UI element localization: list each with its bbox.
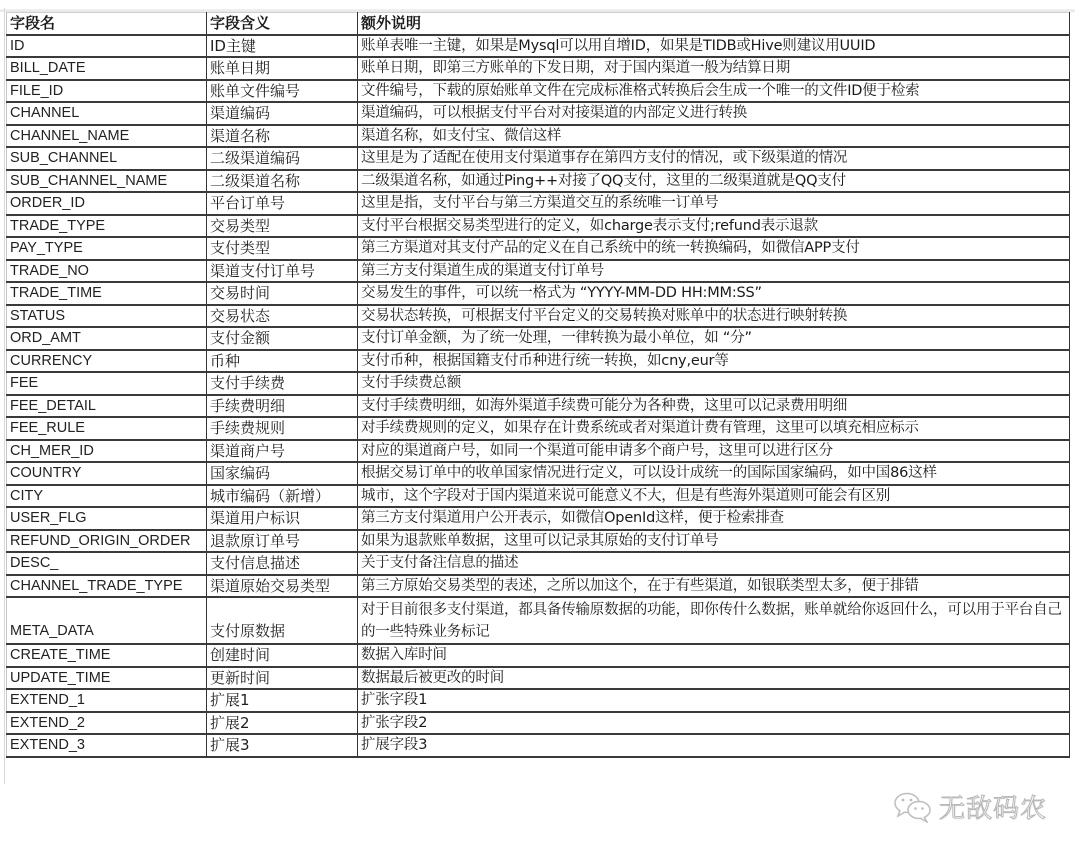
- watermark-text: 无敌码农: [939, 788, 1047, 825]
- field-name-cell[interactable]: CHANNEL_NAME: [7, 125, 207, 148]
- table-row: CURRENCY 币种 支付币种，根据国籍支付币种进行统一转换，如cny,eur…: [7, 350, 1070, 373]
- table-row: BILL_DATE 账单日期 账单日期，即第三方账单的下发日期，对于国内渠道一般…: [7, 57, 1070, 80]
- table-row: FEE_DETAIL 手续费明细 支付手续费明细，如海外渠道手续费可能分为各种费…: [7, 395, 1070, 418]
- field-meaning-cell[interactable]: 支付信息描述: [207, 552, 358, 575]
- field-name-cell[interactable]: STATUS: [7, 305, 207, 328]
- field-note-cell[interactable]: 渠道编码，可以根据支付平台对对接渠道的内部定义进行转换: [358, 102, 1070, 125]
- table-row: FEE 支付手续费 支付手续费总额: [7, 372, 1070, 395]
- table-row: ORDER_ID 平台订单号 这里是指，支付平台与第三方渠道交互的系统唯一订单号: [7, 192, 1070, 215]
- field-note-cell[interactable]: 对应的渠道商户号，如同一个渠道可能申请多个商户号，这里可以进行区分: [358, 440, 1070, 463]
- field-meaning-cell[interactable]: 渠道用户标识: [207, 507, 358, 530]
- field-meaning-cell[interactable]: ID主键: [207, 35, 358, 58]
- field-name-cell[interactable]: FEE_RULE: [7, 417, 207, 440]
- field-meaning-cell[interactable]: 支付手续费: [207, 372, 358, 395]
- field-note-cell[interactable]: 关于支付备注信息的描述: [358, 552, 1070, 575]
- field-meaning-cell[interactable]: 账单日期: [207, 57, 358, 80]
- table-row: CHANNEL 渠道编码 渠道编码，可以根据支付平台对对接渠道的内部定义进行转换: [7, 102, 1070, 125]
- field-meaning-cell[interactable]: 渠道商户号: [207, 440, 358, 463]
- field-name-cell[interactable]: EXTEND_3: [7, 734, 207, 757]
- table-row: DESC_ 支付信息描述 关于支付备注信息的描述: [7, 552, 1070, 575]
- field-note-cell[interactable]: 第三方渠道对其支付产品的定义在自己系统中的统一转换编码，如微信APP支付: [358, 237, 1070, 260]
- table-row: USER_FLG 渠道用户标识 第三方支付渠道用户公开表示，如微信OpenId这…: [7, 507, 1070, 530]
- field-name-cell[interactable]: FEE: [7, 372, 207, 395]
- field-meaning-cell[interactable]: 渠道支付订单号: [207, 260, 358, 283]
- field-meaning-cell[interactable]: 国家编码: [207, 462, 358, 485]
- table-row: META_DATA 支付原数据 对于目前很多支付渠道，都具备传输原数据的功能，即…: [7, 597, 1070, 644]
- table-header-row: 字段名 字段含义 额外说明: [7, 13, 1070, 35]
- field-meaning-cell[interactable]: 手续费明细: [207, 395, 358, 418]
- field-name-cell[interactable]: SUB_CHANNEL_NAME: [7, 170, 207, 193]
- field-note-cell[interactable]: 交易状态转换，可根据支付平台定义的交易转换对账单中的状态进行映射转换: [358, 305, 1070, 328]
- field-meaning-cell[interactable]: 城市编码（新增）: [207, 485, 358, 508]
- table-row: SUB_CHANNEL 二级渠道编码 这里是为了适配在使用支付渠道事存在第四方支…: [7, 147, 1070, 170]
- header-field-name[interactable]: 字段名: [7, 13, 207, 35]
- table-row: EXTEND_1 扩展1 扩张字段1: [7, 689, 1070, 712]
- field-meaning-cell[interactable]: 支付原数据: [207, 597, 358, 644]
- table-row: COUNTRY 国家编码 根据交易订单中的收单国家情况进行定义，可以设计成统一的…: [7, 462, 1070, 485]
- field-meaning-cell[interactable]: 手续费规则: [207, 417, 358, 440]
- field-note-cell[interactable]: 第三方支付渠道生成的渠道支付订单号: [358, 260, 1070, 283]
- field-name-cell[interactable]: TRADE_TYPE: [7, 215, 207, 238]
- field-meaning-cell[interactable]: 平台订单号: [207, 192, 358, 215]
- field-note-cell[interactable]: 支付币种，根据国籍支付币种进行统一转换，如cny,eur等: [358, 350, 1070, 373]
- table-row: CH_MER_ID 渠道商户号 对应的渠道商户号，如同一个渠道可能申请多个商户号…: [7, 440, 1070, 463]
- field-name-cell[interactable]: CHANNEL_TRADE_TYPE: [7, 575, 207, 598]
- table-row: PAY_TYPE 支付类型 第三方渠道对其支付产品的定义在自己系统中的统一转换编…: [7, 237, 1070, 260]
- field-name-cell[interactable]: META_DATA: [7, 597, 207, 644]
- field-name-cell[interactable]: PAY_TYPE: [7, 237, 207, 260]
- table-row: CHANNEL_TRADE_TYPE 渠道原始交易类型 第三方原始交易类型的表述…: [7, 575, 1070, 598]
- field-note-cell[interactable]: 根据交易订单中的收单国家情况进行定义，可以设计成统一的国际国家编码，如中国86这…: [358, 462, 1070, 485]
- field-note-cell[interactable]: 第三方原始交易类型的表述，之所以加这个，在于有些渠道，如银联类型太多，便于排错: [358, 575, 1070, 598]
- table-row: EXTEND_2 扩展2 扩张字段2: [7, 712, 1070, 735]
- field-meaning-cell[interactable]: 支付类型: [207, 237, 358, 260]
- header-extra-note[interactable]: 额外说明: [358, 13, 1070, 35]
- table-row: UPDATE_TIME 更新时间 数据最后被更改的时间: [7, 667, 1070, 690]
- field-note-cell[interactable]: 扩张字段2: [358, 712, 1070, 735]
- table-row: FEE_RULE 手续费规则 对手续费规则的定义，如果存在计费系统或者对渠道计费…: [7, 417, 1070, 440]
- field-name-cell[interactable]: BILL_DATE: [7, 57, 207, 80]
- field-name-cell[interactable]: CH_MER_ID: [7, 440, 207, 463]
- field-meaning-cell[interactable]: 渠道原始交易类型: [207, 575, 358, 598]
- field-note-cell[interactable]: 扩张字段1: [358, 689, 1070, 712]
- table-row: REFUND_ORIGIN_ORDER 退款原订单号 如果为退款账单数据，这里可…: [7, 530, 1070, 553]
- table-row: ID ID主键 账单表唯一主键，如果是Mysql可以用自增ID，如果是TIDB或…: [7, 35, 1070, 58]
- field-name-cell[interactable]: ORDER_ID: [7, 192, 207, 215]
- field-meaning-cell[interactable]: 扩展1: [207, 689, 358, 712]
- field-name-cell[interactable]: CHANNEL: [7, 102, 207, 125]
- field-meaning-cell[interactable]: 交易时间: [207, 282, 358, 305]
- watermark: 无敌码农: [893, 788, 1047, 825]
- field-note-cell[interactable]: 数据入库时间: [358, 644, 1070, 667]
- field-name-cell[interactable]: USER_FLG: [7, 507, 207, 530]
- field-name-cell[interactable]: SUB_CHANNEL: [7, 147, 207, 170]
- field-definition-table: 字段名 字段含义 额外说明 ID ID主键 账单表唯一主键，如果是Mysql可以…: [6, 12, 1070, 758]
- field-name-cell[interactable]: CREATE_TIME: [7, 644, 207, 667]
- table-row: TRADE_NO 渠道支付订单号 第三方支付渠道生成的渠道支付订单号: [7, 260, 1070, 283]
- field-note-cell[interactable]: 渠道名称，如支付宝、微信这样: [358, 125, 1070, 148]
- field-note-cell[interactable]: 第三方支付渠道用户公开表示，如微信OpenId这样，便于检索排查: [358, 507, 1070, 530]
- table-row: CREATE_TIME 创建时间 数据入库时间: [7, 644, 1070, 667]
- sheet-left-gridline: [4, 8, 5, 784]
- field-meaning-cell[interactable]: 扩展2: [207, 712, 358, 735]
- field-meaning-cell[interactable]: 更新时间: [207, 667, 358, 690]
- field-name-cell[interactable]: FILE_ID: [7, 80, 207, 103]
- table-row: CITY 城市编码（新增） 城市，这个字段对于国内渠道来说可能意义不大，但是有些…: [7, 485, 1070, 508]
- field-meaning-cell[interactable]: 币种: [207, 350, 358, 373]
- table-row: SUB_CHANNEL_NAME 二级渠道名称 二级渠道名称，如通过Ping++…: [7, 170, 1070, 193]
- table-row: ORD_AMT 支付金额 支付订单金额，为了统一处理，一律转换为最小单位，如 “…: [7, 327, 1070, 350]
- field-name-cell[interactable]: EXTEND_1: [7, 689, 207, 712]
- field-note-cell[interactable]: 支付平台根据交易类型进行的定义，如charge表示支付;refund表示退款: [358, 215, 1070, 238]
- field-note-cell[interactable]: 这里是为了适配在使用支付渠道事存在第四方支付的情况，或下级渠道的情况: [358, 147, 1070, 170]
- field-note-cell[interactable]: 城市，这个字段对于国内渠道来说可能意义不大，但是有些海外渠道则可能会有区别: [358, 485, 1070, 508]
- field-name-cell[interactable]: COUNTRY: [7, 462, 207, 485]
- table-row: CHANNEL_NAME 渠道名称 渠道名称，如支付宝、微信这样: [7, 125, 1070, 148]
- field-name-cell[interactable]: CITY: [7, 485, 207, 508]
- field-note-cell[interactable]: 数据最后被更改的时间: [358, 667, 1070, 690]
- field-name-cell[interactable]: CURRENCY: [7, 350, 207, 373]
- field-note-cell[interactable]: 账单表唯一主键，如果是Mysql可以用自增ID，如果是TIDB或Hive则建议用…: [358, 35, 1070, 58]
- field-meaning-cell[interactable]: 二级渠道名称: [207, 170, 358, 193]
- field-name-cell[interactable]: EXTEND_2: [7, 712, 207, 735]
- field-name-cell[interactable]: ID: [7, 35, 207, 58]
- table-row: TRADE_TIME 交易时间 交易发生的事件，可以统一格式为 “YYYY-MM…: [7, 282, 1070, 305]
- field-meaning-cell[interactable]: 支付金额: [207, 327, 358, 350]
- table-row: EXTEND_3 扩展3 扩展字段3: [7, 734, 1070, 757]
- table-body: ID ID主键 账单表唯一主键，如果是Mysql可以用自增ID，如果是TIDB或…: [7, 35, 1070, 757]
- field-note-cell[interactable]: 账单日期，即第三方账单的下发日期，对于国内渠道一般为结算日期: [358, 57, 1070, 80]
- field-name-cell[interactable]: UPDATE_TIME: [7, 667, 207, 690]
- table-row: TRADE_TYPE 交易类型 支付平台根据交易类型进行的定义，如charge表…: [7, 215, 1070, 238]
- field-note-cell[interactable]: 支付手续费总额: [358, 372, 1070, 395]
- field-meaning-cell[interactable]: 退款原订单号: [207, 530, 358, 553]
- wechat-icon: [893, 791, 933, 823]
- field-meaning-cell[interactable]: 二级渠道编码: [207, 147, 358, 170]
- field-meaning-cell[interactable]: 创建时间: [207, 644, 358, 667]
- field-note-cell[interactable]: 对手续费规则的定义，如果存在计费系统或者对渠道计费有管理，这里可以填充相应标示: [358, 417, 1070, 440]
- header-field-meaning[interactable]: 字段含义: [207, 13, 358, 35]
- field-note-cell[interactable]: 扩展字段3: [358, 734, 1070, 757]
- field-name-cell[interactable]: TRADE_TIME: [7, 282, 207, 305]
- field-name-cell[interactable]: FEE_DETAIL: [7, 395, 207, 418]
- field-meaning-cell[interactable]: 交易类型: [207, 215, 358, 238]
- field-meaning-cell[interactable]: 扩展3: [207, 734, 358, 757]
- field-name-cell[interactable]: TRADE_NO: [7, 260, 207, 283]
- field-note-cell[interactable]: 交易发生的事件，可以统一格式为 “YYYY-MM-DD HH:MM:SS”: [358, 282, 1070, 305]
- table-row: FILE_ID 账单文件编号 文件编号，下载的原始账单文件在完成标准格式转换后会…: [7, 80, 1070, 103]
- field-meaning-cell[interactable]: 渠道名称: [207, 125, 358, 148]
- field-meaning-cell[interactable]: 账单文件编号: [207, 80, 358, 103]
- field-meaning-cell[interactable]: 渠道编码: [207, 102, 358, 125]
- field-name-cell[interactable]: DESC_: [7, 552, 207, 575]
- field-note-cell[interactable]: 支付订单金额，为了统一处理，一律转换为最小单位，如 “分”: [358, 327, 1070, 350]
- field-name-cell[interactable]: REFUND_ORIGIN_ORDER: [7, 530, 207, 553]
- field-name-cell[interactable]: ORD_AMT: [7, 327, 207, 350]
- field-note-cell[interactable]: 文件编号，下载的原始账单文件在完成标准格式转换后会生成一个唯一的文件ID便于检索: [358, 80, 1070, 103]
- field-note-cell[interactable]: 如果为退款账单数据，这里可以记录其原始的支付订单号: [358, 530, 1070, 553]
- field-note-cell[interactable]: 对于目前很多支付渠道，都具备传输原数据的功能，即你传什么数据，账单就给你返回什么…: [358, 597, 1070, 644]
- field-note-cell[interactable]: 二级渠道名称，如通过Ping++对接了QQ支付，这里的二级渠道就是QQ支付: [358, 170, 1070, 193]
- field-meaning-cell[interactable]: 交易状态: [207, 305, 358, 328]
- field-note-cell[interactable]: 支付手续费明细，如海外渠道手续费可能分为各种费，这里可以记录费用明细: [358, 395, 1070, 418]
- table-row: STATUS 交易状态 交易状态转换，可根据支付平台定义的交易转换对账单中的状态…: [7, 305, 1070, 328]
- field-note-cell[interactable]: 这里是指，支付平台与第三方渠道交互的系统唯一订单号: [358, 192, 1070, 215]
